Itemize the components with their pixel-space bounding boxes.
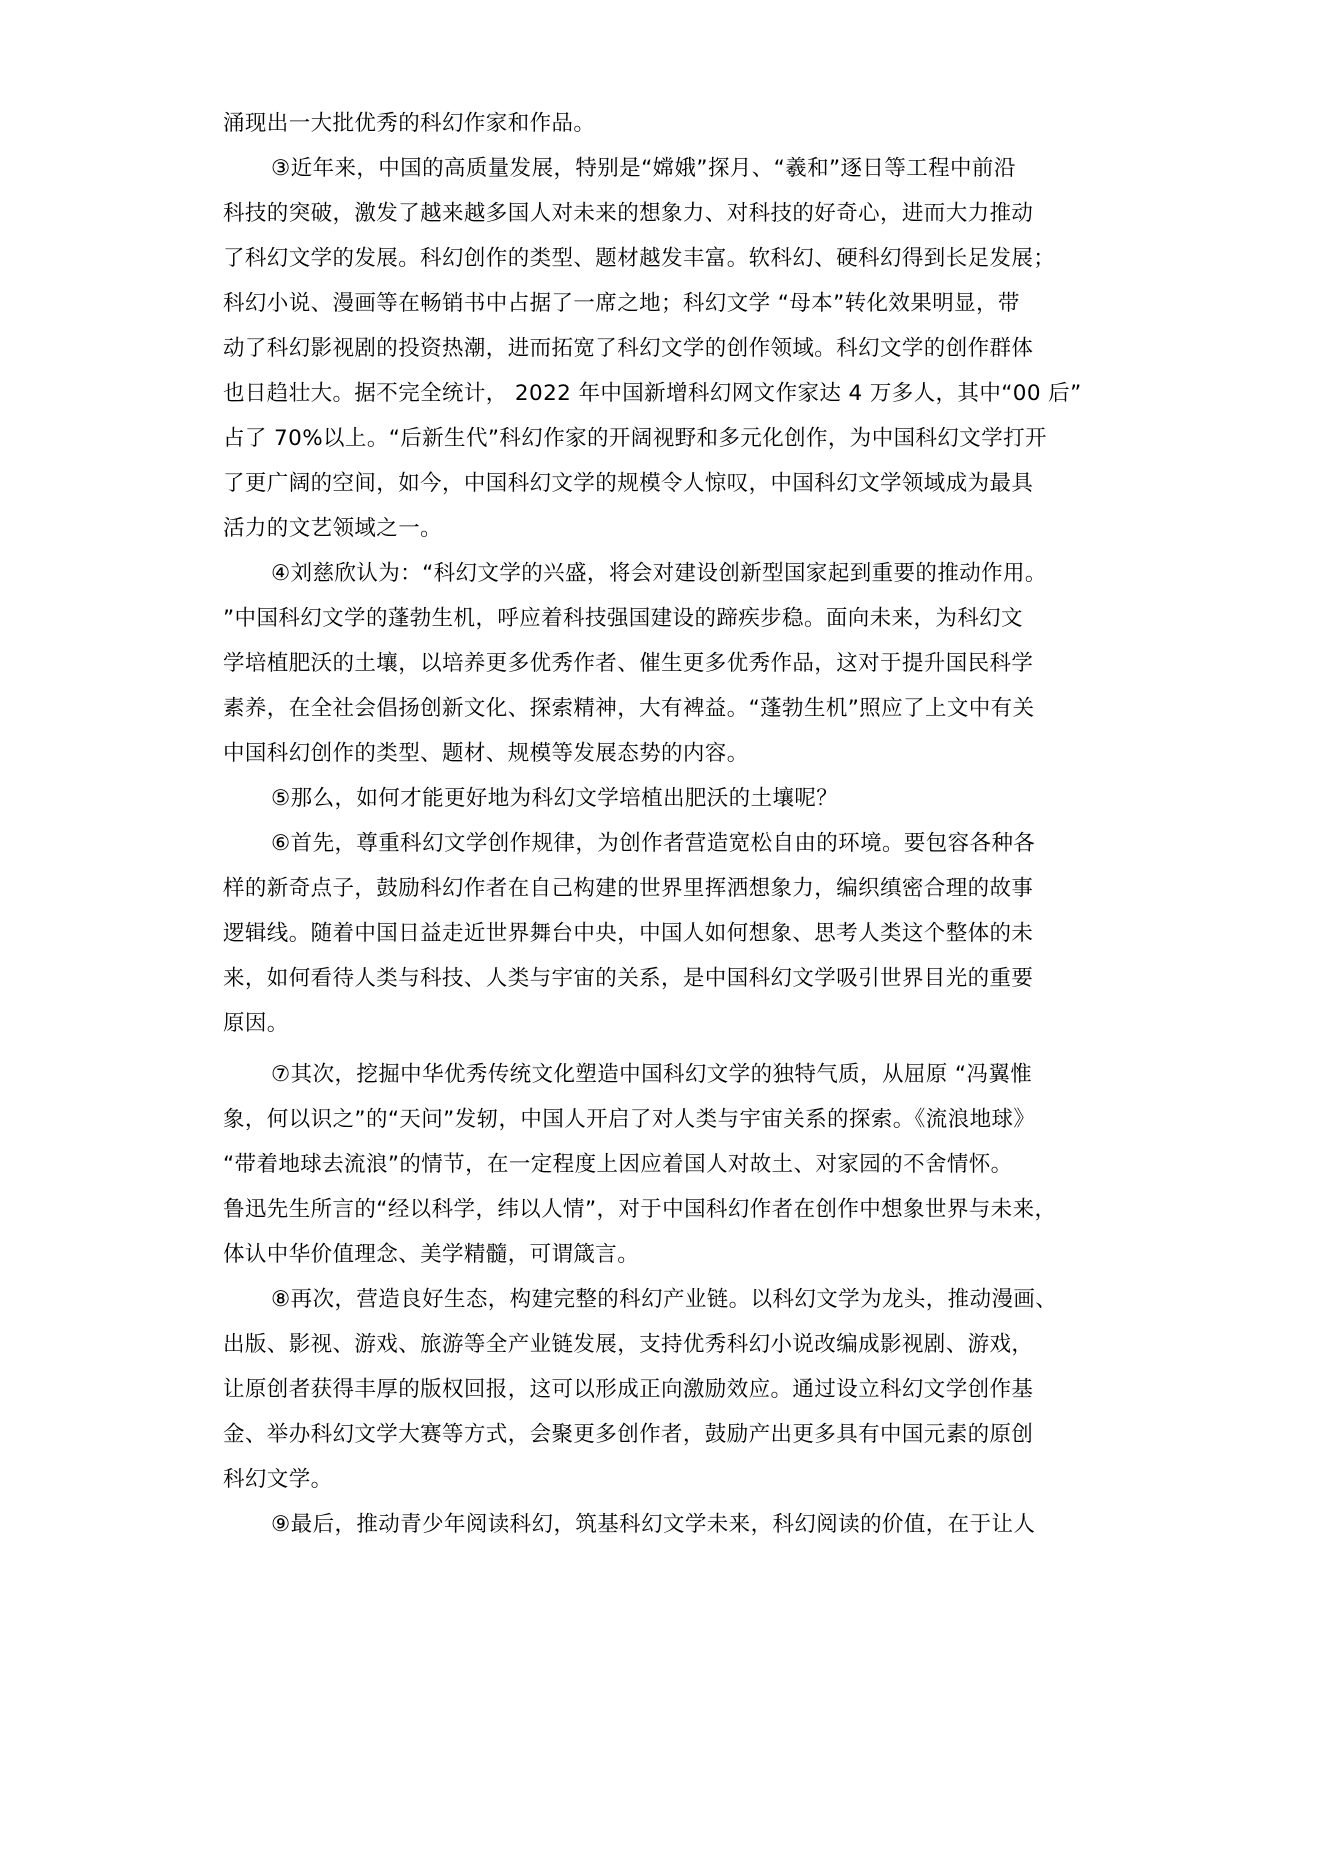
text-line: 中国科幻创作的类型、题材、规模等发展态势的内容。 xyxy=(223,736,1103,781)
text-line: 体认中华价值理念、美学精髓，可谓箴言。 xyxy=(223,1237,1103,1282)
text-line: 鲁迅先生所言的“经以科学，纬以人情”，对于中国科幻作者在创作中想象世界与未来， xyxy=(223,1192,1103,1237)
text-line: 也日趋壮大。据不完全统计， 2022 年中国新增科幻网文作家达 4 万多人，其中… xyxy=(223,376,1103,421)
document-page: 涌现出一大批优秀的科幻作家和作品。 ③近年来，中国的高质量发展，特别是“嫦娥”探… xyxy=(0,0,1323,1872)
text-line: 样的新奇点子，鼓励科幻作者在自己构建的世界里挥洒想象力，编织缜密合理的故事 xyxy=(223,871,1103,916)
text-line: 象，何以识之”的“天问”发轫，中国人开启了对人类与宇宙关系的探索。《流浪地球》 xyxy=(223,1102,1103,1147)
text-line: ”中国科幻文学的蓬勃生机，呼应着科技强国建设的蹄疾步稳。面向未来，为科幻文 xyxy=(223,601,1103,646)
text-line: “带着地球去流浪”的情节，在一定程度上因应着国人对故土、对家园的不舍情怀。 xyxy=(223,1147,1103,1192)
text-line: 活力的文艺领域之一。 xyxy=(223,511,1103,556)
text-line: 素养，在全社会倡扬创新文化、探索精神，大有裨益。“蓬勃生机”照应了上文中有关 xyxy=(223,691,1103,736)
paragraph-8-start: ⑧再次，营造良好生态，构建完整的科幻产业链。以科幻文学为龙头，推动漫画、 xyxy=(223,1282,1103,1327)
text-line: 出版、影视、游戏、旅游等全产业链发展，支持优秀科幻小说改编成影视剧、游戏， xyxy=(223,1327,1103,1372)
text-line: 科幻文学。 xyxy=(223,1462,1103,1507)
article-body: 涌现出一大批优秀的科幻作家和作品。 ③近年来，中国的高质量发展，特别是“嫦娥”探… xyxy=(223,106,1103,1552)
paragraph-4-start: ④刘慈欣认为：“科幻文学的兴盛，将会对建设创新型国家起到重要的推动作用。 xyxy=(223,556,1103,601)
paragraph-9-start: ⑨最后，推动青少年阅读科幻，筑基科幻文学未来，科幻阅读的价值，在于让人 xyxy=(223,1507,1103,1552)
text-line: 了更广阔的空间，如今，中国科幻文学的规模令人惊叹，中国科幻文学领域成为最具 xyxy=(223,466,1103,511)
text-line: 科技的突破，激发了越来越多国人对未来的想象力、对科技的好奇心，进而大力推动 xyxy=(223,196,1103,241)
text-line: 动了科幻影视剧的投资热潮，进而拓宽了科幻文学的创作领域。科幻文学的创作群体 xyxy=(223,331,1103,376)
text-line: 了科幻文学的发展。科幻创作的类型、题材越发丰富。软科幻、硬科幻得到长足发展； xyxy=(223,241,1103,286)
paragraph-3-start: ③近年来，中国的高质量发展，特别是“嫦娥”探月、“羲和”逐日等工程中前沿 xyxy=(223,151,1103,196)
paragraph-6-start: ⑥首先，尊重科幻文学创作规律，为创作者营造宽松自由的环境。要包容各种各 xyxy=(223,826,1103,871)
text-line: 来，如何看待人类与科技、人类与宇宙的关系，是中国科幻文学吸引世界目光的重要 xyxy=(223,961,1103,1006)
text-line: 涌现出一大批优秀的科幻作家和作品。 xyxy=(223,106,1103,151)
text-line: 学培植肥沃的土壤，以培养更多优秀作者、催生更多优秀作品，这对于提升国民科学 xyxy=(223,646,1103,691)
paragraph-7-start: ⑦其次，挖掘中华优秀传统文化塑造中国科幻文学的独特气质，从屈原 “冯翼惟 xyxy=(223,1057,1103,1102)
paragraph-5-start: ⑤那么，如何才能更好地为科幻文学培植出肥沃的土壤呢？ xyxy=(223,781,1103,826)
text-line: 让原创者获得丰厚的版权回报，这可以形成正向激励效应。通过设立科幻文学创作基 xyxy=(223,1372,1103,1417)
text-line: 原因。 xyxy=(223,1006,1103,1051)
text-line: 逻辑线。随着中国日益走近世界舞台中央，中国人如何想象、思考人类这个整体的未 xyxy=(223,916,1103,961)
text-line: 金、举办科幻文学大赛等方式，会聚更多创作者，鼓励产出更多具有中国元素的原创 xyxy=(223,1417,1103,1462)
text-line: 占了 70%以上。“后新生代”科幻作家的开阔视野和多元化创作，为中国科幻文学打开 xyxy=(223,421,1103,466)
text-line: 科幻小说、漫画等在畅销书中占据了一席之地；科幻文学 “母本”转化效果明显，带 xyxy=(223,286,1103,331)
